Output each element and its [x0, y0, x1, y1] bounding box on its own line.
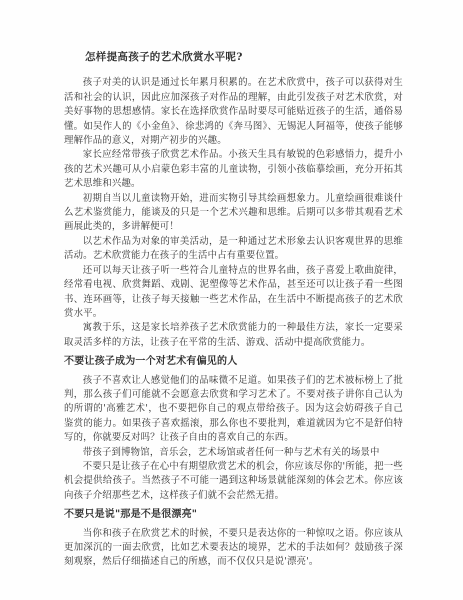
document-page: 怎样提高孩子的艺术欣赏水平呢? 孩子对美的认识是通过长年累月积累的。在艺术欣赏中… [0, 0, 463, 600]
section1-paragraph-3: 不要只是让孩子在心中有期望欣赏艺术的机会，你应该尽你的'所能，把一些机会提供给孩… [64, 460, 403, 503]
section-heading-not-just-pretty: 不要只是说"那是不是很漂亮" [64, 508, 403, 522]
intro-paragraph-5: 还可以每天让孩子听一些符合儿童特点的世界名曲，孩子喜爱上歌曲旋律，经常看电视、欣… [64, 264, 403, 322]
section2-paragraph-1: 当你和孩子在欣赏艺术的时候，不要只是表达你的一种惊叹之语。你应该从更加深沉的一面… [64, 527, 403, 570]
intro-paragraph-4: 以艺术作品为对象的审美活动，是一种通过艺术形象去认识客观世界的思维活动。艺术欣赏… [64, 235, 403, 264]
intro-paragraph-3: 初期自当以儿童读物开始，进而实物引导其绘画想象力。儿童绘画很难谈什么艺术鉴赏能力… [64, 192, 403, 235]
section-heading-no-art-bias: 不要让孩子成为一个对艺术有偏见的人 [64, 355, 403, 369]
section1-paragraph-2: 带孩子到博物馆，音乐会，艺术场馆或者任何一种与艺术有关的场景中 [64, 446, 403, 460]
document-title: 怎样提高孩子的艺术欣赏水平呢? [64, 50, 403, 64]
intro-paragraph-6: 寓教于乐，这是家长培养孩子艺术欣赏能力的一种最佳方法，家长一定要采取灵活多样的方… [64, 321, 403, 350]
section1-paragraph-1: 孩子不喜欢让人感觉他们的品味微不足道。如果孩子们的艺术被标榜上了批判，那么孩子们… [64, 374, 403, 446]
intro-paragraph-2: 家长应经常带孩子欣赏艺术作品。小孩天生具有敏锐的色彩感悟力，提升小孩的艺术兴趣可… [64, 148, 403, 191]
intro-paragraph-1: 孩子对美的认识是通过长年累月积累的。在艺术欣赏中，孩子可以获得对生活和社会的认识… [64, 76, 403, 148]
